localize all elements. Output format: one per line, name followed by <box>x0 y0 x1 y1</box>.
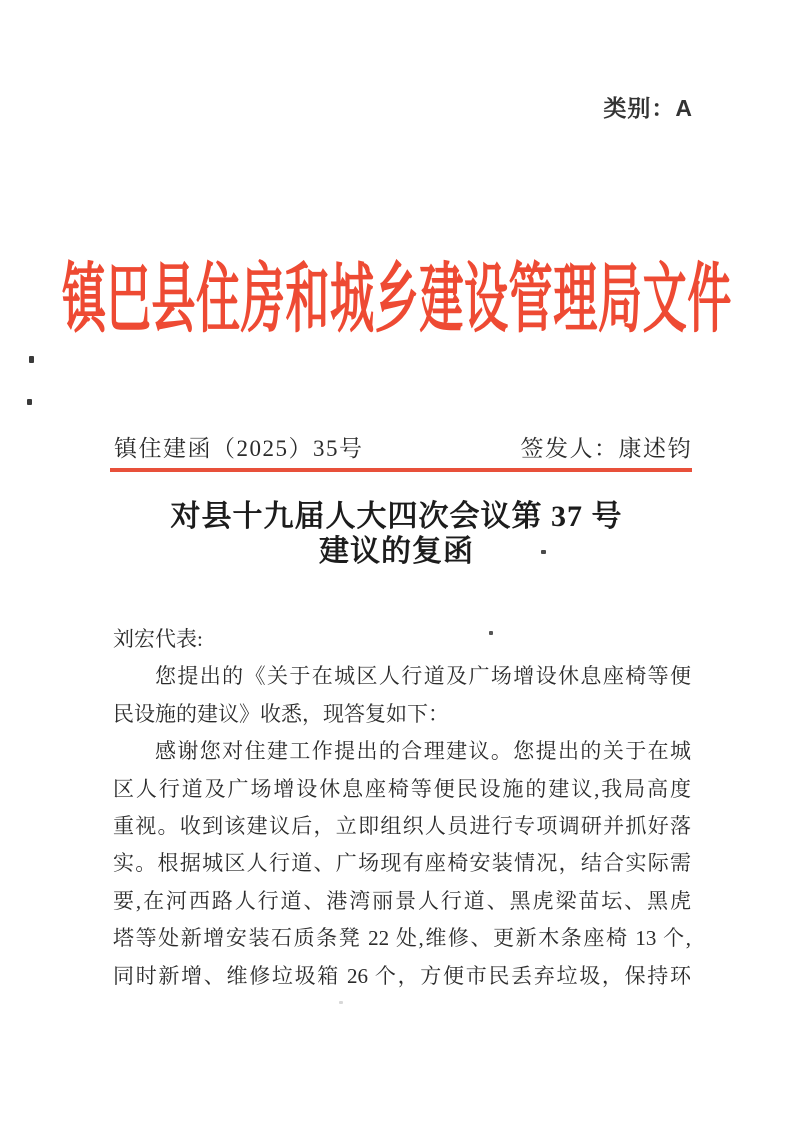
doc-title-line1: 对县十九届人大四次会议第 37 号 <box>0 499 793 534</box>
category-label: 类别：A <box>603 90 693 123</box>
letter-body: 刘宏代表: 您提出的《关于在城区人行道及广场增设休息座椅等便 民设施的建议》收悉… <box>113 621 691 995</box>
body-line: 要,在河西路人行道、港湾丽景人行道、黑虎梁苗坛、黑虎 <box>113 883 691 920</box>
body-line: 您提出的《关于在城区人行道及广场增设休息座椅等便 <box>113 658 691 695</box>
body-line: 重视。收到该建议后，立即组织人员进行专项调研并抓好落 <box>113 808 691 845</box>
issuer-label: 签发人：康述钧 <box>521 430 693 463</box>
red-divider-rule <box>110 468 692 472</box>
scan-speck <box>489 631 493 635</box>
doc-number: 镇住建函（2025）35号 <box>114 430 364 463</box>
scan-speck <box>339 1001 343 1004</box>
scan-speck <box>29 356 34 363</box>
scan-speck <box>27 399 32 405</box>
body-line: 民设施的建议》收悉，现答复如下： <box>113 696 691 733</box>
doc-number-row: 镇住建函（2025）35号 签发人：康述钧 <box>114 430 692 463</box>
scan-speck <box>541 550 546 554</box>
body-line: 感谢您对住建工作提出的合理建议。您提出的关于在城 <box>113 733 691 770</box>
agency-masthead: 镇巴县住房和城乡建设管理局文件 <box>0 254 793 354</box>
salutation: 刘宏代表: <box>113 621 691 658</box>
doc-title: 对县十九届人大四次会议第 37 号 建议的复函 <box>0 499 793 569</box>
body-line: 区人行道及广场增设休息座椅等便民设施的建议,我局高度 <box>113 771 691 808</box>
body-line: 塔等处新增安装石质条凳 22 处,维修、更新木条座椅 13 个, <box>113 920 691 957</box>
body-line: 同时新增、维修垃圾箱 26 个，方便市民丢弃垃圾，保持环 <box>113 958 691 995</box>
doc-title-line2: 建议的复函 <box>0 534 793 569</box>
agency-masthead-text: 镇巴县住房和城乡建设管理局文件 <box>62 254 732 346</box>
body-line: 实。根据城区人行道、广场现有座椅安装情况，结合实际需 <box>113 845 691 882</box>
document-page: 类别：A 镇巴县住房和城乡建设管理局文件 镇住建函（2025）35号 签发人：康… <box>0 0 793 1122</box>
